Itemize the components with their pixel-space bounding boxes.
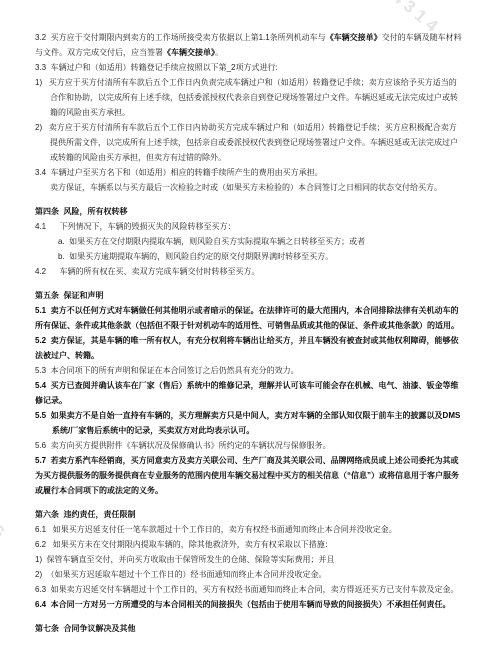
text-segment: 5.1 卖方不以任何方式对车辆做任何其他明示或者暗示的保证。在法律许可的最大范围… — [35, 306, 459, 330]
text-segment: 。 — [215, 48, 223, 57]
text-segment: 2) （如果买方迟延取车超过十个工作日的）经书面通知而终止本合同并没收定金。 — [35, 570, 327, 579]
text-segment: 3.4 车辆过户至买方名下和（如适用）相应的转籍手续所产生的费用由买方承担。 — [35, 168, 323, 177]
clause-5-1: 5.1 卖方不以任何方式对车辆做任何其他明示或者暗示的保证。在法律许可的最大范围… — [35, 303, 464, 333]
text-segment: 第六条 违约责任，责任限制 — [35, 510, 135, 519]
text-segment: 6.1 如果买方迟延支付任一笔车款超过十个工作日的，卖方有权经书面通知而终止本合… — [35, 525, 397, 534]
text-segment: 5.2 卖方保证，其是车辆的唯一所有权人，有充分权利将车辆出让给买方，并且车辆没… — [35, 336, 459, 360]
text-segment: 卖方保证，车辆系以与买方最后一次检验之时或（如果买方未检验的）本合同签订之日相同… — [50, 183, 442, 192]
clause-5-5: 5.5 如果卖方不是自始一直持有车辆的，买方理解卖方只是中间人，卖方对车辆的全部… — [35, 408, 464, 438]
clause-4-1: 4.1 下列情况下，车辆的毁损灭失的风险转移至买方： — [35, 219, 464, 234]
text-segment: 1) 买方应于买方付清所有车款后五个工作日内负责完成车辆过户和（如适用）转籍登记… — [35, 78, 458, 117]
text-segment: 4.1 下列情况下，车辆的毁损灭失的风险转移至买方： — [35, 222, 235, 231]
heading-article-7: 第七条 合同争议解决及其他 — [35, 621, 464, 636]
text-segment: b. 如果买方逾期提取车辆的，则风险自约定的原交付期限界满时转移至买方。 — [58, 252, 333, 261]
clause-3-4-note: 卖方保证，车辆系以与买方最后一次检验之时或（如果买方未检验的）本合同签订之日相同… — [35, 180, 464, 195]
clause-3-2: 3.2 买方应于交付期限内到卖方的工作场所接受卖方依据以上第1.1条所列机动车与… — [35, 30, 464, 60]
text-segment: 第四条 风险，所有权转移 — [35, 207, 127, 216]
heading-article-5: 第五条 保证和声明 — [35, 288, 464, 303]
clause-5-7: 5.7 若卖方系汽车经销商，买方同意卖方及卖方关联公司、生产厂商及其关联公司、品… — [35, 453, 464, 498]
clause-6-4: 6.4 本合同一方对另一方所遭受的与本合同相关的间接损失（包括由于使用车辆而导致… — [35, 597, 464, 612]
clause-6-1: 6.1 如果买方迟延支付任一笔车款超过十个工作日的，卖方有权经书面通知而终止本合… — [35, 522, 464, 537]
clause-6-3: 6.3 如果卖方迟延交付车辆超过十个工作日的，买方有权经书面通知而终止本合同，卖… — [35, 582, 464, 597]
text-segment: 5.4 买方已查阅并确认该车在厂家（售后）系统中的维修记录，理解并认可该车可能会… — [35, 381, 459, 405]
text-segment: a. 如果买方在交付期限内提取车辆，则风险自买方实际提取车辆之日转移至买方；或者 — [58, 237, 365, 246]
text-segment: 6.3 如果卖方迟延交付车辆超过十个工作日的，买方有权经书面通知而终止本合同，卖… — [35, 585, 459, 594]
text-segment: 1) 保管车辆直至交付，并向买方收取由于保管所发生的仓储、保险等实际费用；并且 — [35, 555, 335, 564]
heading-article-4: 第四条 风险，所有权转移 — [35, 204, 464, 219]
clause-6-2: 6.2 如果买方未在交付期限内提取车辆的，除其他救济外，卖方有权采取以下措施： — [35, 537, 464, 552]
text-segment: 5.3 本合同项下的所有声明和保证在本合同签订之后仍然具有充分的效力。 — [35, 366, 299, 375]
text-segment: 《车辆交接单》 — [163, 48, 215, 57]
clause-3-3: 3.3 车辆过户和（如适用）转籍登记手续应按照以下第_2项方式进行: — [35, 60, 464, 75]
text-segment: 3.3 车辆过户和（如适用）转籍登记手续应按照以下第_2项方式进行: — [35, 63, 278, 72]
clause-6-2-item-1: 1) 保管车辆直至交付，并向买方收取由于保管所发生的仓储、保险等实际费用；并且 — [35, 552, 464, 567]
text-segment: 第五条 保证和声明 — [35, 291, 103, 300]
clause-3-4: 3.4 车辆过户至买方名下和（如适用）相应的转籍手续所产生的费用由买方承担。 — [35, 165, 464, 180]
clause-3-3-item-1: 1) 买方应于买方付清所有车款后五个工作日内负责完成车辆过户和（如适用）转籍登记… — [35, 75, 464, 120]
text-segment: 2) 卖方应于买方付清所有车款后五个工作日内协助买方完成车辆过户和（如适用）转籍… — [35, 123, 458, 162]
clause-4-1-b: b. 如果买方逾期提取车辆的，则风险自约定的原交付期限界满时转移至买方。 — [35, 249, 464, 264]
text-segment: 5.7 若卖方系汽车经销商，买方同意卖方及卖方关联公司、生产厂商及其关联公司、品… — [35, 456, 459, 495]
clause-5-3: 5.3 本合同项下的所有声明和保证在本合同签订之后仍然具有充分的效力。 — [35, 363, 464, 378]
contract-body: 3.2 买方应于交付期限内到卖方的工作场所接受卖方依据以上第1.1条所列机动车与… — [35, 30, 464, 636]
text-segment: 《车辆交接单》 — [326, 33, 382, 42]
text-segment: 第七条 合同争议解决及其他 — [35, 624, 135, 633]
text-segment: 6.2 如果买方未在交付期限内提取车辆的，除其他救济外，卖方有权采取以下措施： — [35, 540, 333, 549]
watermark-fragment-bottom-left: IG — [0, 513, 12, 546]
text-segment: 3.2 买方应于交付期限内到卖方的工作场所接受卖方依据以上第1.1条所列机动车与 — [35, 33, 326, 42]
clause-6-2-item-2: 2) （如果买方迟延取车超过十个工作日的）经书面通知而终止本合同并没收定金。 — [35, 567, 464, 582]
clause-4-2: 4.2 车辆的所有权在买、卖双方完成车辆交付时转移至买方。 — [35, 264, 464, 279]
clause-4-1-a: a. 如果买方在交付期限内提取车辆，则风险自买方实际提取车辆之日转移至买方；或者 — [35, 234, 464, 249]
clause-5-4: 5.4 买方已查阅并确认该车在厂家（售后）系统中的维修记录，理解并认可该车可能会… — [35, 378, 464, 408]
text-segment: 4.2 车辆的所有权在买、卖双方完成车辆交付时转移至买方。 — [35, 267, 259, 276]
clause-3-3-item-2: 2) 卖方应于买方付清所有车款后五个工作日内协助买方完成车辆过户和（如适用）转籍… — [35, 120, 464, 165]
clause-5-2: 5.2 卖方保证，其是车辆的唯一所有权人，有充分权利将车辆出让给买方，并且车辆没… — [35, 333, 464, 363]
text-segment: 5.5 如果卖方不是自始一直持有车辆的，买方理解卖方只是中间人，卖方对车辆的全部… — [35, 411, 460, 435]
heading-article-6: 第六条 违约责任，责任限制 — [35, 507, 464, 522]
text-segment: 6.4 本合同一方对另一方所遭受的与本合同相关的间接损失（包括由于使用车辆而导致… — [35, 600, 451, 609]
contract-page: 4314 IG 3.2 买方应于交付期限内到卖方的工作场所接受卖方依据以上第1.… — [0, 0, 497, 668]
text-segment: 5.6 卖方向买方提供附件《车辆状况及保修确认书》所约定的车辆状况与保修服务。 — [35, 441, 331, 450]
clause-5-6: 5.6 卖方向买方提供附件《车辆状况及保修确认书》所约定的车辆状况与保修服务。 — [35, 438, 464, 453]
